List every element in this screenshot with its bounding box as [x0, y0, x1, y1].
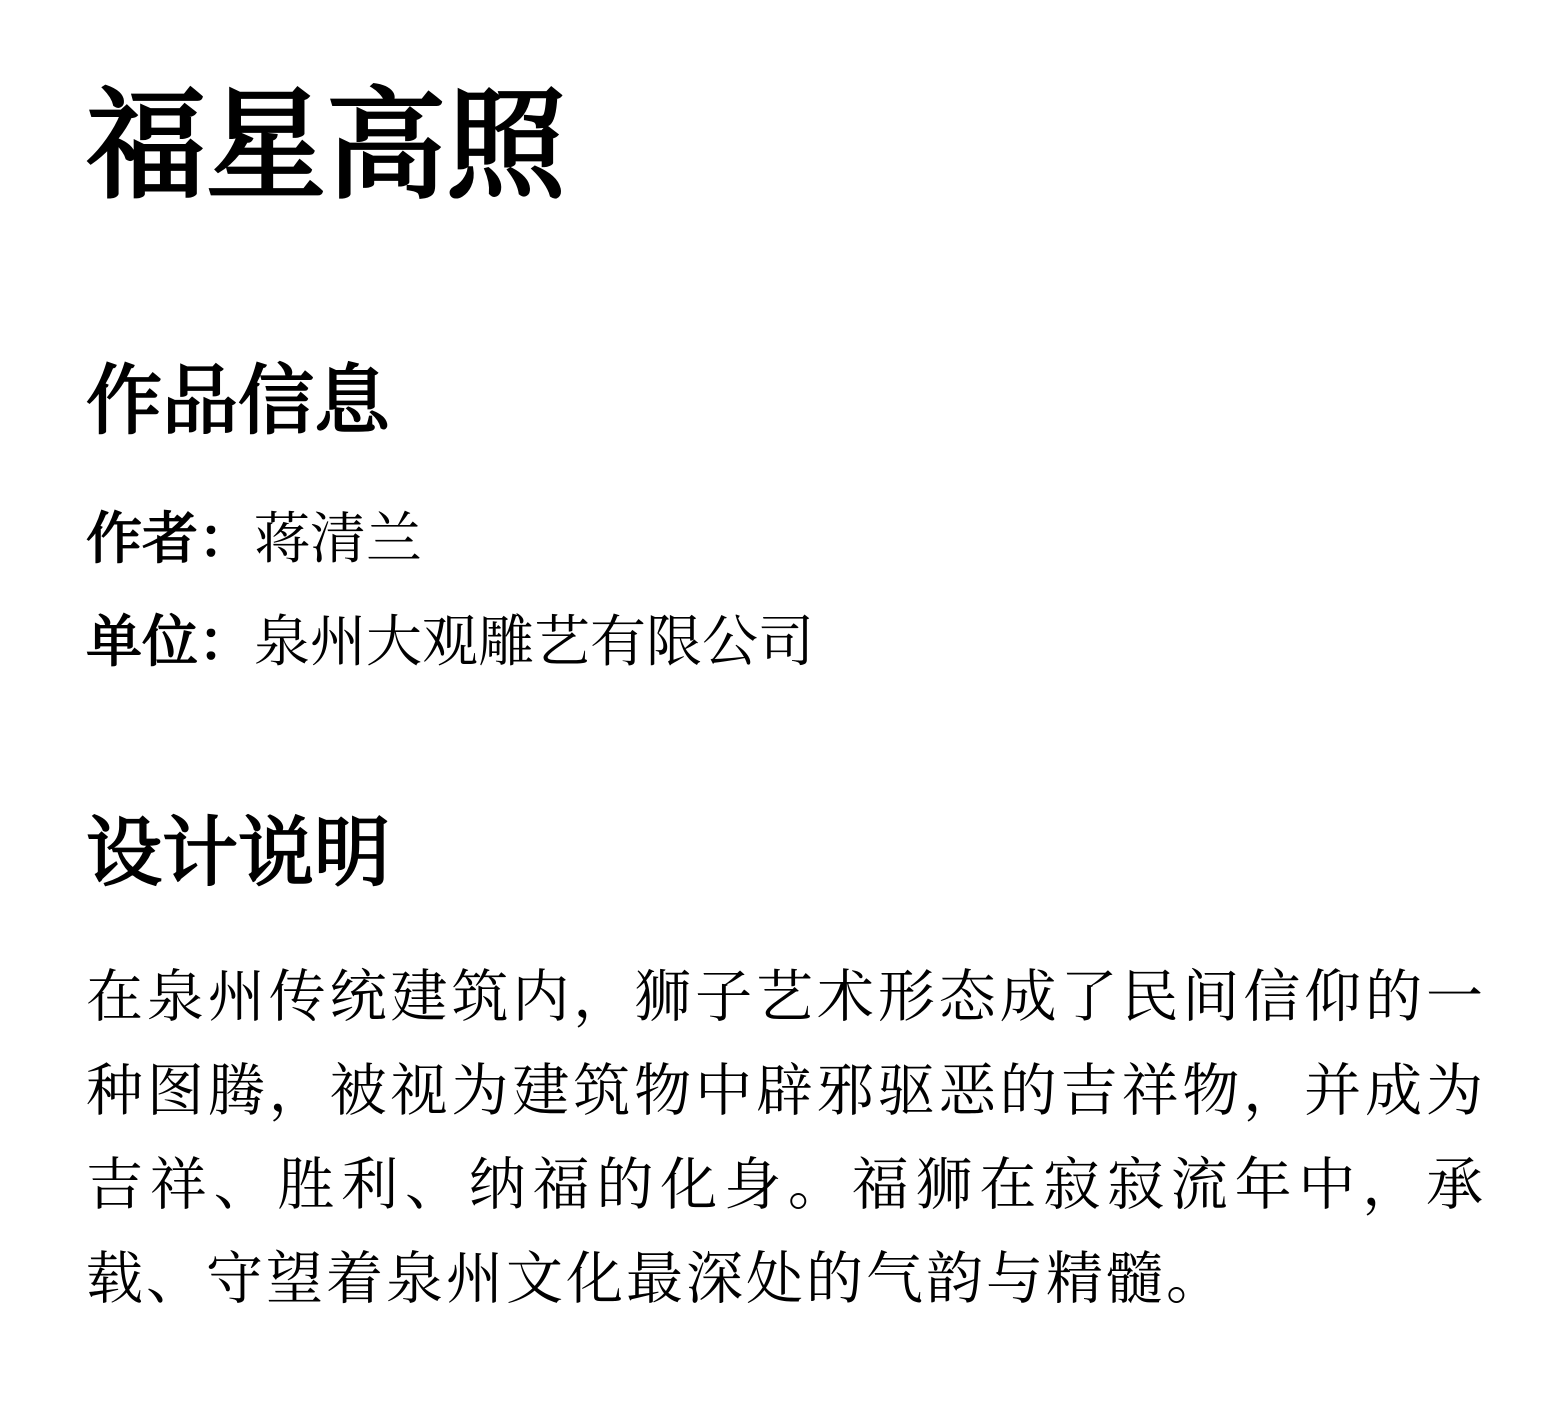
- artwork-info-heading: 作品信息: [86, 356, 390, 446]
- organization-label: 单位：: [86, 610, 254, 675]
- organization-row: 单位：泉州大观雕艺有限公司: [86, 608, 814, 678]
- author-label: 作者：: [86, 507, 254, 572]
- author-value: 蒋清兰: [254, 507, 422, 572]
- author-row: 作者：蒋清兰: [86, 505, 422, 575]
- design-description-heading: 设计说明: [86, 808, 390, 898]
- artwork-title: 福星高照: [86, 72, 566, 222]
- design-description-body: 在泉州传统建筑内，狮子艺术形态成了民间信仰的一种图腾，被视为建筑物中辟邪驱恶的吉…: [86, 950, 1486, 1326]
- organization-value: 泉州大观雕艺有限公司: [254, 610, 814, 675]
